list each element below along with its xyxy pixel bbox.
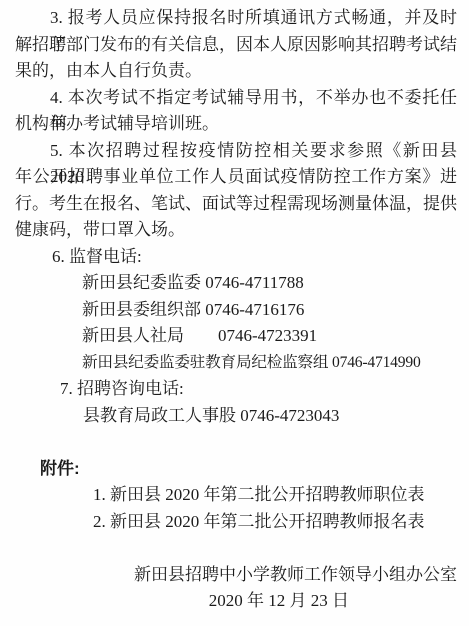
- item5-line-1: 5. 本次招聘过程按疫情防控相关要求参照《新田县 2020: [15, 138, 457, 165]
- spacer: [15, 429, 457, 456]
- supervision-phones-heading: 6. 监督电话:: [15, 244, 457, 271]
- item3-line-1: 3. 报考人员应保持报名时所填通讯方式畅通，并及时了: [15, 5, 457, 32]
- item3-line-3: 果的，由本人自行负责。: [15, 58, 457, 85]
- issue-date: 2020 年 12 月 23 日: [15, 588, 457, 615]
- consult-phone-heading: 7. 招聘咨询电话:: [15, 376, 457, 403]
- attachment-item-1: 1. 新田县 2020 年第二批公开招聘教师职位表: [15, 482, 457, 509]
- item5-line-3: 行。考生在报名、笔试、面试等过程需现场测量体温，提供: [15, 191, 457, 218]
- attachments-label: 附件:: [15, 456, 457, 483]
- spacer: [15, 535, 457, 562]
- supervision-phone-jiwei: 新田县纪委监委 0746-4711788: [15, 270, 457, 297]
- item5-line-4: 健康码，带口罩入场。: [15, 217, 457, 244]
- consult-phone-renshigu: 县教育局政工人事股 0746-4723043: [15, 403, 457, 430]
- issuing-office-signature: 新田县招聘中小学教师工作领导小组办公室: [15, 562, 457, 589]
- item4-line-1: 4. 本次考试不指定考试辅导用书，不举办也不委托任何: [15, 85, 457, 112]
- attachment-item-2: 2. 新田县 2020 年第二批公开招聘教师报名表: [15, 509, 457, 536]
- item5-line-2: 年公开招聘事业单位工作人员面试疫情防控工作方案》进: [15, 164, 457, 191]
- notice-document: 3. 报考人员应保持报名时所填通讯方式畅通，并及时了 解招聘部门发布的有关信息，…: [0, 0, 469, 626]
- supervision-phone-zuzhibu: 新田县委组织部 0746-4716176: [15, 297, 457, 324]
- supervision-phone-renshiju: 新田县人社局 0746-4723391: [15, 323, 457, 350]
- supervision-phone-jijian: 新田县纪委监委驻教育局纪检监察组 0746-4714990: [15, 350, 457, 377]
- item3-line-2: 解招聘部门发布的有关信息，因本人原因影响其招聘考试结: [15, 32, 457, 59]
- item4-line-2: 机构举办考试辅导培训班。: [15, 111, 457, 138]
